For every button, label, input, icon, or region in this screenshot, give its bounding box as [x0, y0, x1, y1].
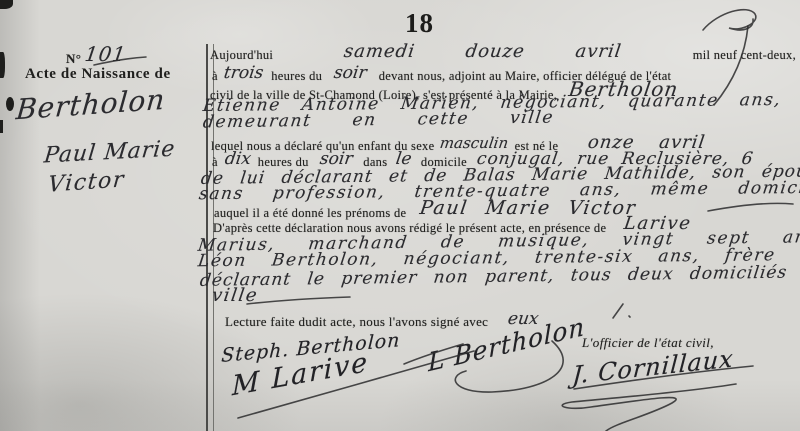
printed-segment: mil neuf cent-deux, [693, 48, 796, 63]
scan-artifact [0, 0, 13, 9]
victor-swash [708, 203, 793, 211]
eux-tick [613, 304, 630, 318]
margin-name-line-1: Bertholon [15, 83, 167, 127]
handwritten-segment: dix [223, 149, 252, 169]
birth-certificate-scan: 18 N° 101 Acte de Naissance de Bertholon… [0, 0, 800, 431]
ville-underline [247, 297, 350, 304]
body-line-5: demeurant en cette ville [203, 108, 554, 133]
paraph-flourish [703, 10, 756, 30]
handwritten-segment: soir [318, 149, 353, 169]
act-number: N° 101 [66, 44, 126, 68]
officer-paraph [562, 384, 736, 431]
margin-name-line-3: Victor [47, 167, 126, 198]
margin-name-line-2: Paul Marie [43, 136, 177, 168]
page-number: 18 [405, 8, 434, 39]
scan-artifact [0, 52, 5, 78]
handwritten-segment: demeurant en cette ville [202, 108, 556, 133]
printed-segment: à [212, 155, 218, 169]
act-number-label: N° [66, 51, 81, 66]
scan-artifact [0, 120, 3, 133]
handwritten-segment: ville [211, 285, 260, 306]
scan-artifact [6, 97, 14, 111]
handwritten-segment: samedi douze avril [343, 41, 623, 62]
act-title: Acte de Naissance de [25, 66, 171, 83]
body-line-1: Aujourd'hui samedi douze avril mil neuf … [210, 43, 796, 64]
act-number-value: 101 [84, 42, 129, 66]
body-line-15: ville [212, 285, 258, 306]
body-line-16: Lecture faite dudit acte, nous l'avons s… [225, 311, 539, 331]
signature-officer: J. Cornillaux [571, 344, 734, 389]
printed-segment: Aujourd'hui [210, 48, 273, 63]
printed-segment: Lecture faite dudit acte, nous l'avons s… [225, 314, 488, 329]
